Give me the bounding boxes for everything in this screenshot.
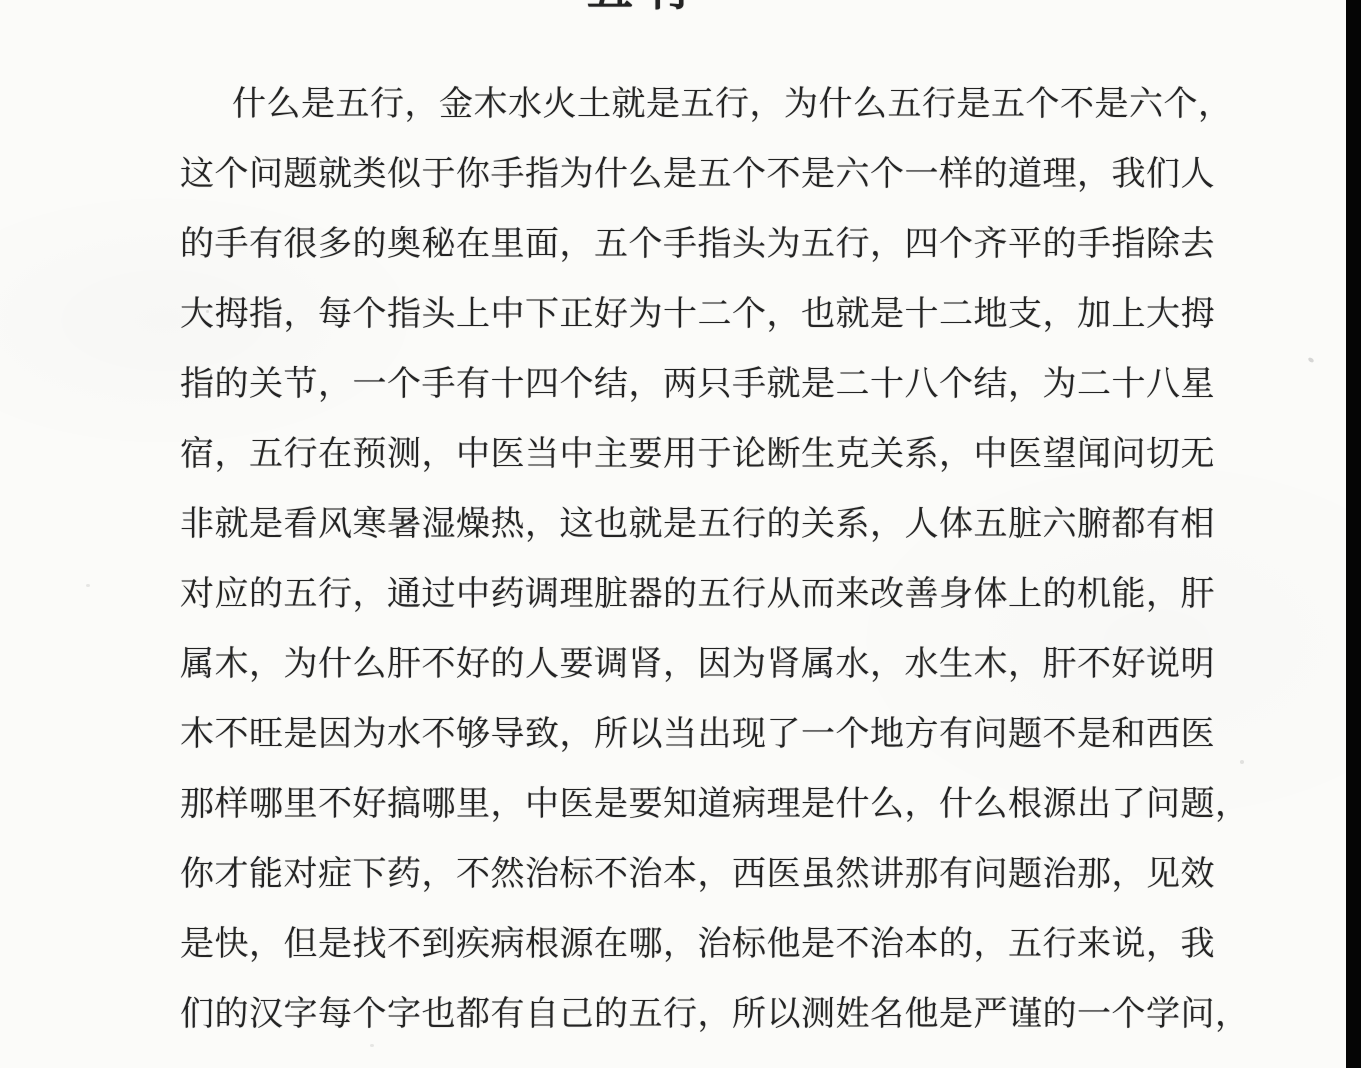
text-line: 这个问题就类似于你手指为什么是五个不是六个一样的道理，我们人 bbox=[180, 139, 1165, 209]
scan-speck bbox=[86, 584, 90, 587]
scan-speck bbox=[1240, 760, 1244, 764]
text-line: 什么是五行，金木水火土就是五行，为什么五行是五个不是六个， bbox=[180, 69, 1165, 139]
scanner-edge-strip bbox=[1346, 0, 1361, 1068]
text-line: 对应的五行，通过中药调理脏器的五行从而来改善身体上的机能，肝 bbox=[180, 559, 1165, 629]
paragraph: 什么是五行，金木水火土就是五行，为什么五行是五个不是六个， 这个问题就类似于你手… bbox=[180, 69, 1165, 1049]
text-line: 的手有很多的奥秘在里面，五个手指头为五行，四个齐平的手指除去 bbox=[180, 209, 1165, 279]
text-line: 木不旺是因为水不够导致，所以当出现了一个地方有问题不是和西医 bbox=[180, 699, 1165, 769]
text-line: 们的汉字每个字也都有自己的五行，所以测姓名他是严谨的一个学问， bbox=[180, 979, 1165, 1049]
text-line: 是快，但是找不到疾病根源在哪，治标他是不治本的，五行来说，我 bbox=[180, 909, 1165, 979]
text-line: 非就是看风寒暑湿燥热，这也就是五行的关系，人体五脏六腑都有相 bbox=[180, 489, 1165, 559]
text-line: 那样哪里不好搞哪里，中医是要知道病理是什么，什么根源出了问题， bbox=[180, 769, 1165, 839]
text-line: 属木，为什么肝不好的人要调肾，因为肾属水，水生木，肝不好说明 bbox=[180, 629, 1165, 699]
text-line: 大拇指，每个指头上中下正好为十二个，也就是十二地支，加上大拇 bbox=[180, 279, 1165, 349]
scan-speck bbox=[370, 1044, 374, 1047]
text-line: 宿，五行在预测，中医当中主要用于论断生克关系，中医望闻问切无 bbox=[180, 419, 1165, 489]
scan-speck bbox=[206, 310, 209, 313]
page-title: 五行 bbox=[0, 0, 1320, 12]
text-line: 你才能对症下药，不然治标不治本，西医虽然讲那有问题治那，见效 bbox=[180, 839, 1165, 909]
text-line: 指的关节，一个手有十四个结，两只手就是二十八个结，为二十八星 bbox=[180, 349, 1165, 419]
